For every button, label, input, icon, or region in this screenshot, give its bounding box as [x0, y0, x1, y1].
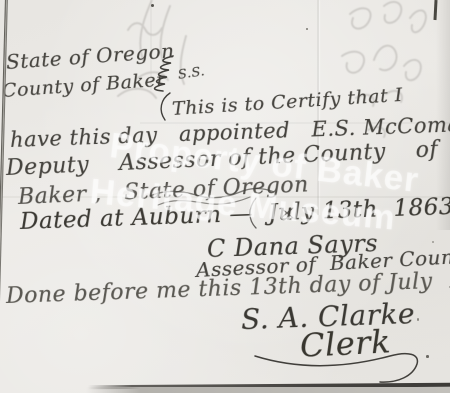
- ink-speck: [432, 241, 434, 243]
- ghost-stroke: [404, 60, 421, 80]
- handwritten-county-line: County of Baker: [1, 69, 166, 102]
- ghost-stroke: [350, 8, 371, 28]
- ink-speck: [417, 318, 419, 321]
- handwritten-ss-notation: S.S.: [177, 64, 206, 83]
- ghost-stroke: [374, 46, 397, 71]
- clerk-title: Clerk: [299, 322, 392, 365]
- bottom-scan-edge-shade: [86, 387, 450, 393]
- ink-speck: [426, 355, 429, 358]
- brace-mark: [161, 93, 170, 120]
- ink-speck: [306, 28, 308, 30]
- ink-speck: [151, 4, 154, 7]
- ghost-stroke: [128, 23, 162, 35]
- ghost-stroke: [384, 2, 401, 23]
- ghost-stroke: [410, 10, 426, 32]
- ghost-stroke: [342, 52, 364, 73]
- scanned-document-page: State of Oregon S.S. County of Baker Thi…: [0, 0, 450, 393]
